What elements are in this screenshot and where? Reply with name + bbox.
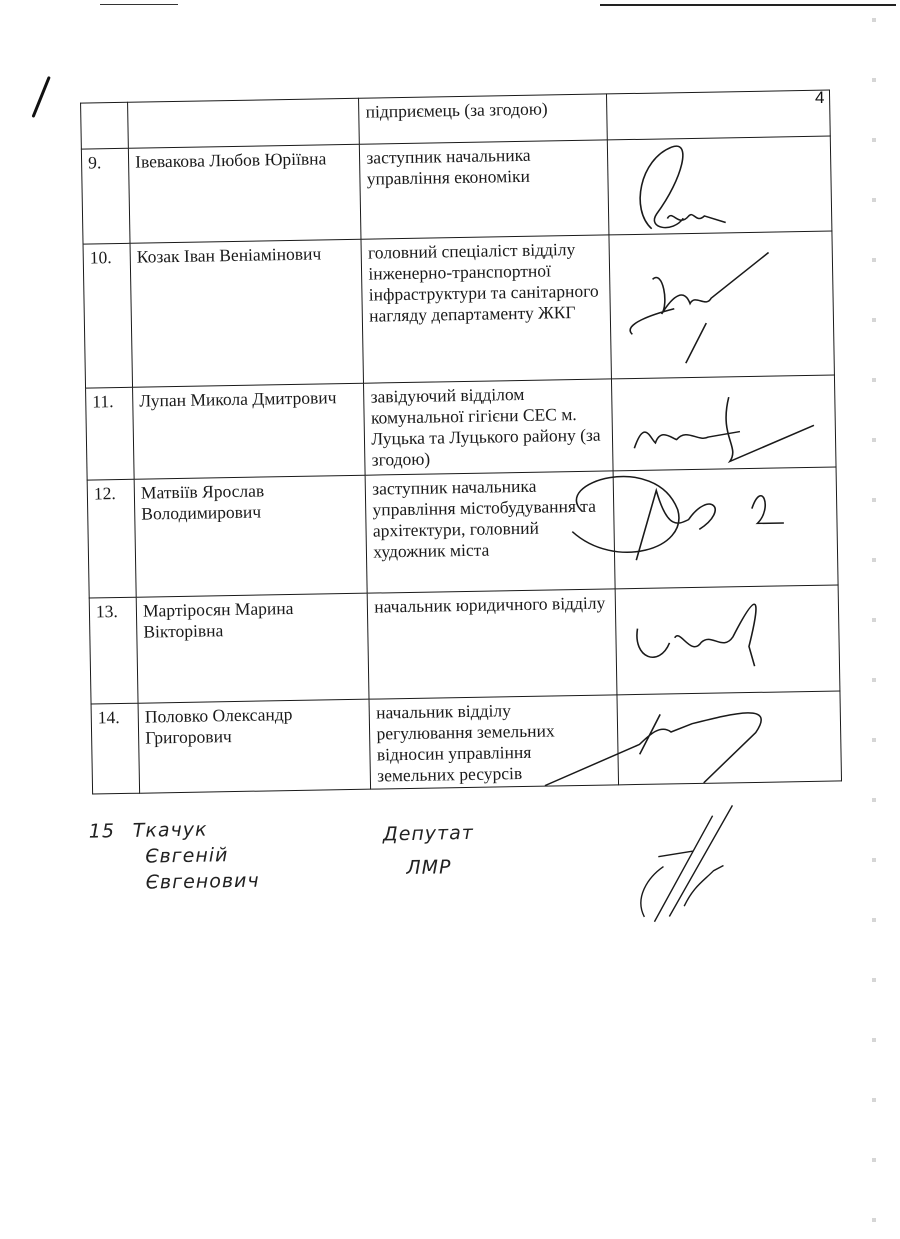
member-position: заступник начальника управління економік… [360,140,609,239]
handwritten-patronymic: Євгенович [145,868,259,896]
row-number: 9. [81,148,130,244]
table-row: 11.Лупан Микола Дмитровичзавідуючий відд… [86,375,836,480]
table-row: 12.Матвіїв Ярослав Володимировичзаступни… [87,467,838,598]
handwritten-signature [617,691,841,784]
handwritten-signature [612,376,836,471]
handwritten-first-name: Євгеній [145,842,259,870]
signature-cell [613,467,838,589]
signature-cell [615,585,840,695]
signature-cell [611,375,836,471]
commission-members-table: підприємець (за згодою)9.Івевакова Любов… [80,90,842,795]
table-row: 10.Козак Іван Веніаміновичголовний спеці… [83,231,834,388]
member-name: Матвіїв Ярослав Володимирович [134,475,367,597]
member-position: начальник юридичного відділу [368,589,617,699]
member-name: Козак Іван Веніамінович [130,239,364,387]
member-position: заступник начальника управління містобуд… [365,471,614,593]
table-row: 14.Половко Олександр Григоровичначальник… [91,691,841,794]
member-name: Івевакова Любов Юріївна [128,144,361,243]
handwritten-signature [609,232,834,379]
handwritten-entry-role: Депутат ЛМР [383,820,475,882]
signature-cell [609,231,835,379]
signature-cell [607,136,832,235]
handwritten-signature [615,585,839,694]
member-name [128,98,360,148]
row-number: 13. [89,597,138,704]
signature-cell [606,90,830,140]
handwritten-entry-name: Ткачук Євгеній Євгенович [133,816,260,896]
handwritten-surname: Ткачук [133,816,259,844]
row-number: 10. [83,243,133,388]
table-row: 13.Мартіросян Марина Вікторівнаначальник… [89,585,840,704]
member-position: завідуючий відділом комунальної гігієни … [364,379,613,475]
document-sheet: підприємець (за згодою)9.Івевакова Любов… [0,0,900,1239]
member-position: начальник відділу регулювання земельних … [369,695,618,789]
handwritten-signature [622,794,784,937]
handwritten-entry-number: 15 [89,818,116,844]
member-name: Мартіросян Марина Вікторівна [136,593,369,703]
row-number [81,102,129,149]
member-name: Лупан Микола Дмитрович [133,383,366,479]
table-row: 9.Івевакова Любов Юріївназаступник начал… [81,136,832,244]
handwritten-signature [607,137,831,235]
member-position: підприємець (за згодою) [359,94,607,144]
member-position: головний спеціаліст відділу інженерно-тр… [361,235,611,383]
handwritten-signature [613,468,837,589]
row-number: 11. [86,387,135,480]
handwritten-role-body: ЛМР [383,854,474,882]
row-number: 14. [91,703,140,794]
handwritten-role-title: Депутат [383,820,474,848]
member-name: Половко Олександр Григорович [138,699,371,793]
signature-cell [617,691,842,785]
row-number: 12. [87,479,136,598]
